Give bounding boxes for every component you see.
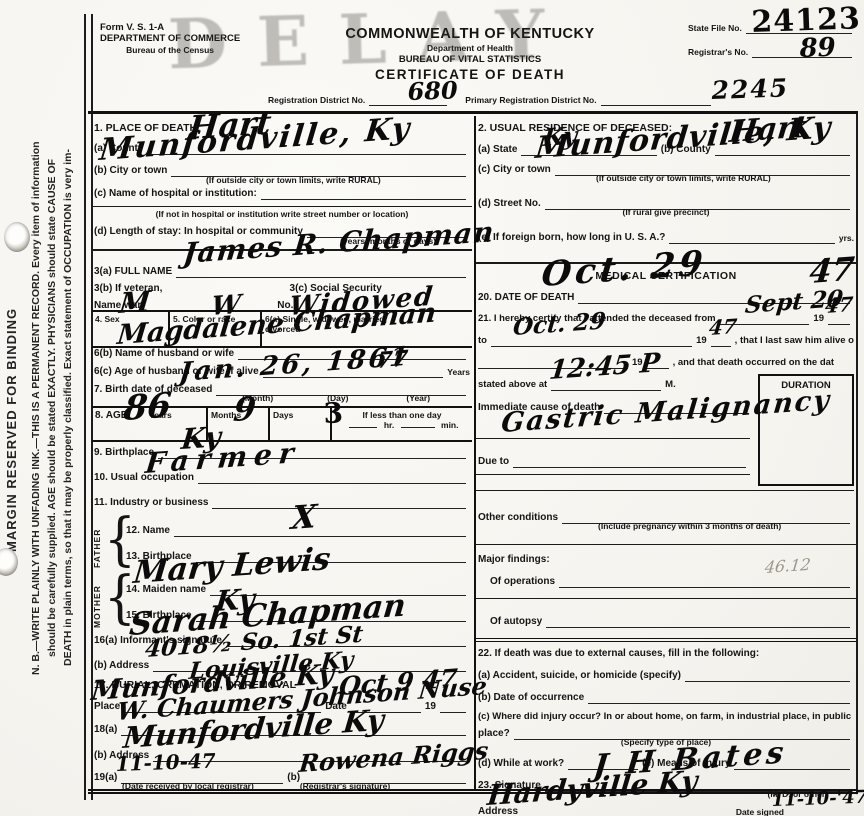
attended-to-year: 47 bbox=[708, 316, 738, 338]
residence-city-hint: (If outside city or town limits, write R… bbox=[596, 174, 771, 184]
death-certificate-scan: MARGIN RESERVED FOR BINDING N. B.—WRITE … bbox=[0, 0, 864, 816]
age-min-line bbox=[401, 425, 435, 428]
registrar-received-hint: (Date received by local registrar) bbox=[122, 782, 254, 792]
hospital-label: (c) Name of hospital or institution: bbox=[94, 188, 257, 200]
primary-district-label: Primary Registration District No. bbox=[465, 96, 596, 106]
primary-district-number: 2245 bbox=[711, 75, 789, 103]
stated-above-label: stated above at bbox=[478, 380, 547, 391]
occupation-line bbox=[198, 481, 466, 484]
foreign-born-suffix: yrs. bbox=[839, 234, 854, 244]
age-less-label: If less than one day bbox=[335, 410, 469, 420]
accident-line bbox=[685, 679, 850, 682]
right-border-rule bbox=[856, 112, 858, 794]
of-autopsy-line bbox=[546, 625, 850, 628]
cause-extra-line bbox=[476, 438, 750, 439]
certify-to-label: to bbox=[478, 336, 487, 347]
date-signed-value: 11-10-'47 bbox=[771, 789, 864, 810]
father-name-value: X bbox=[290, 500, 318, 534]
physician-address-value: Hardyville Ky bbox=[486, 767, 699, 810]
date-of-death-value: Oct. 29 bbox=[540, 246, 708, 292]
industry-line bbox=[212, 506, 466, 509]
age-days-value: 3 bbox=[323, 399, 343, 428]
attended-from-year-line bbox=[828, 322, 850, 325]
punch-hole-top bbox=[4, 222, 30, 252]
certify-19b: 19 bbox=[696, 336, 707, 347]
major-findings-label: Major findings: bbox=[478, 554, 550, 566]
birth-year-hint: (Year) bbox=[406, 394, 430, 404]
funeral-director-label: 18(a) bbox=[94, 724, 117, 736]
age-hr-line bbox=[349, 425, 377, 428]
reg-district-label: Registration District No. bbox=[268, 96, 365, 106]
margin-note-line1: N. B.—WRITE PLAINLY WITH UNFADING INK.—T… bbox=[30, 0, 42, 816]
registrar-number: 89 bbox=[799, 35, 836, 62]
father-name-line bbox=[174, 534, 466, 537]
of-operations-line bbox=[559, 585, 850, 588]
right-column: 2. USUAL RESIDENCE OF DECEASED: (a) Stat… bbox=[474, 116, 856, 789]
age-min-label: min. bbox=[441, 420, 458, 430]
registrar-sig-hint: (Registrar's signature) bbox=[300, 782, 390, 792]
while-at-work-label: (d) While at work? bbox=[478, 758, 564, 770]
burial-year-line bbox=[440, 710, 466, 713]
state-file-label: State File No. bbox=[688, 24, 742, 34]
date-of-death-label: 20. DATE OF DEATH bbox=[478, 292, 574, 304]
foreign-born-line bbox=[669, 241, 834, 244]
operations-note: 46.12 bbox=[764, 557, 811, 576]
primary-district-line bbox=[601, 103, 711, 106]
due-to-label: Due to bbox=[478, 456, 509, 468]
certify-line2-end: , that I last saw him alive o bbox=[735, 336, 854, 347]
delay-stamp: DELAY bbox=[167, 0, 575, 85]
occurrence-date-line bbox=[588, 701, 850, 704]
age-less-cell: If less than one day hr. min. bbox=[332, 408, 472, 440]
certify-19a: 19 bbox=[813, 314, 824, 325]
sex-label: 4. Sex bbox=[95, 314, 120, 324]
attended-to-year-line bbox=[711, 344, 731, 347]
due-to-extra-line1 bbox=[476, 474, 750, 475]
date-of-death-year: 47 bbox=[808, 253, 856, 288]
attended-to-value: Oct. 29 bbox=[512, 309, 607, 339]
external-causes-rule bbox=[476, 638, 856, 642]
due-to-extra-line2 bbox=[476, 490, 854, 491]
full-name-label: 3(a) FULL NAME bbox=[94, 266, 172, 278]
reg-district-number: 680 bbox=[407, 78, 458, 104]
margin-note-line2: should be carefully supplied. AGE should… bbox=[46, 0, 58, 816]
informant-address-label: (b) Address bbox=[94, 660, 149, 672]
city-town-hint: (If outside city or town limits, write R… bbox=[206, 176, 381, 186]
sex-value: M bbox=[118, 288, 152, 318]
section1-divider bbox=[92, 206, 472, 207]
left-column: 1. PLACE OF DEATH: (a) County Hart (b) C… bbox=[92, 116, 472, 789]
age-hr-label: hr. bbox=[384, 420, 394, 430]
of-operations-label: Of operations bbox=[490, 576, 555, 588]
of-autopsy-label: Of autopsy bbox=[490, 616, 542, 628]
due-to-line bbox=[513, 465, 746, 468]
occurrence-date-label: (b) Date of occurrence bbox=[478, 692, 584, 704]
meridiem-label: M. bbox=[665, 380, 676, 391]
registrar-sig-value: Rowena Riggs bbox=[298, 739, 489, 776]
mother-group-label: MOTHER bbox=[92, 576, 102, 628]
full-name-line bbox=[176, 275, 466, 278]
death-time-line bbox=[551, 388, 661, 391]
street-no-hint: (If rural give precinct) bbox=[623, 208, 710, 218]
attended-from-year: 47 bbox=[824, 294, 854, 316]
accident-label: (a) Accident, suicide, or homicide (spec… bbox=[478, 670, 681, 682]
hospital-line bbox=[261, 197, 466, 200]
father-name-label: 12. Name bbox=[126, 525, 170, 537]
operations-bottom-line bbox=[476, 598, 856, 599]
residence-state-label: (a) State bbox=[478, 144, 517, 156]
findings-top-line bbox=[476, 544, 856, 545]
foreign-born-label: (e) If foreign born, how long in U. S. A… bbox=[478, 232, 665, 244]
registrar-received-value: 11-10-47 bbox=[115, 751, 216, 774]
margin-note-line3: DEATH in plain terms, so that it may be … bbox=[62, 0, 74, 816]
birthplace-label: 9. Birthplace bbox=[94, 447, 154, 459]
death-time-value: 12:45 P bbox=[548, 350, 661, 384]
certify-line3-end: , and that death occurred on the dat bbox=[673, 358, 835, 369]
hospital-hint: (If not in hospital or institution write… bbox=[156, 210, 409, 220]
injury-where-label: (c) Where did injury occur? In or about … bbox=[478, 712, 851, 723]
residence-city-value: Munfordville, Ky bbox=[534, 113, 833, 164]
age-months-value: 9 bbox=[232, 392, 258, 426]
external-causes-title: 22. If death was due to external causes,… bbox=[478, 648, 759, 660]
attended-to-line bbox=[491, 344, 692, 347]
age-days-label: Days bbox=[273, 410, 293, 420]
spouse-age-suffix: Years bbox=[447, 368, 470, 378]
father-group-label: FATHER bbox=[92, 516, 102, 568]
residence-county-line bbox=[715, 153, 850, 156]
registrar-no-label: Registrar's No. bbox=[688, 48, 748, 58]
age-years-value: 86 bbox=[122, 388, 173, 426]
other-conditions-hint: (Include pregnancy within 3 months of de… bbox=[598, 522, 781, 532]
